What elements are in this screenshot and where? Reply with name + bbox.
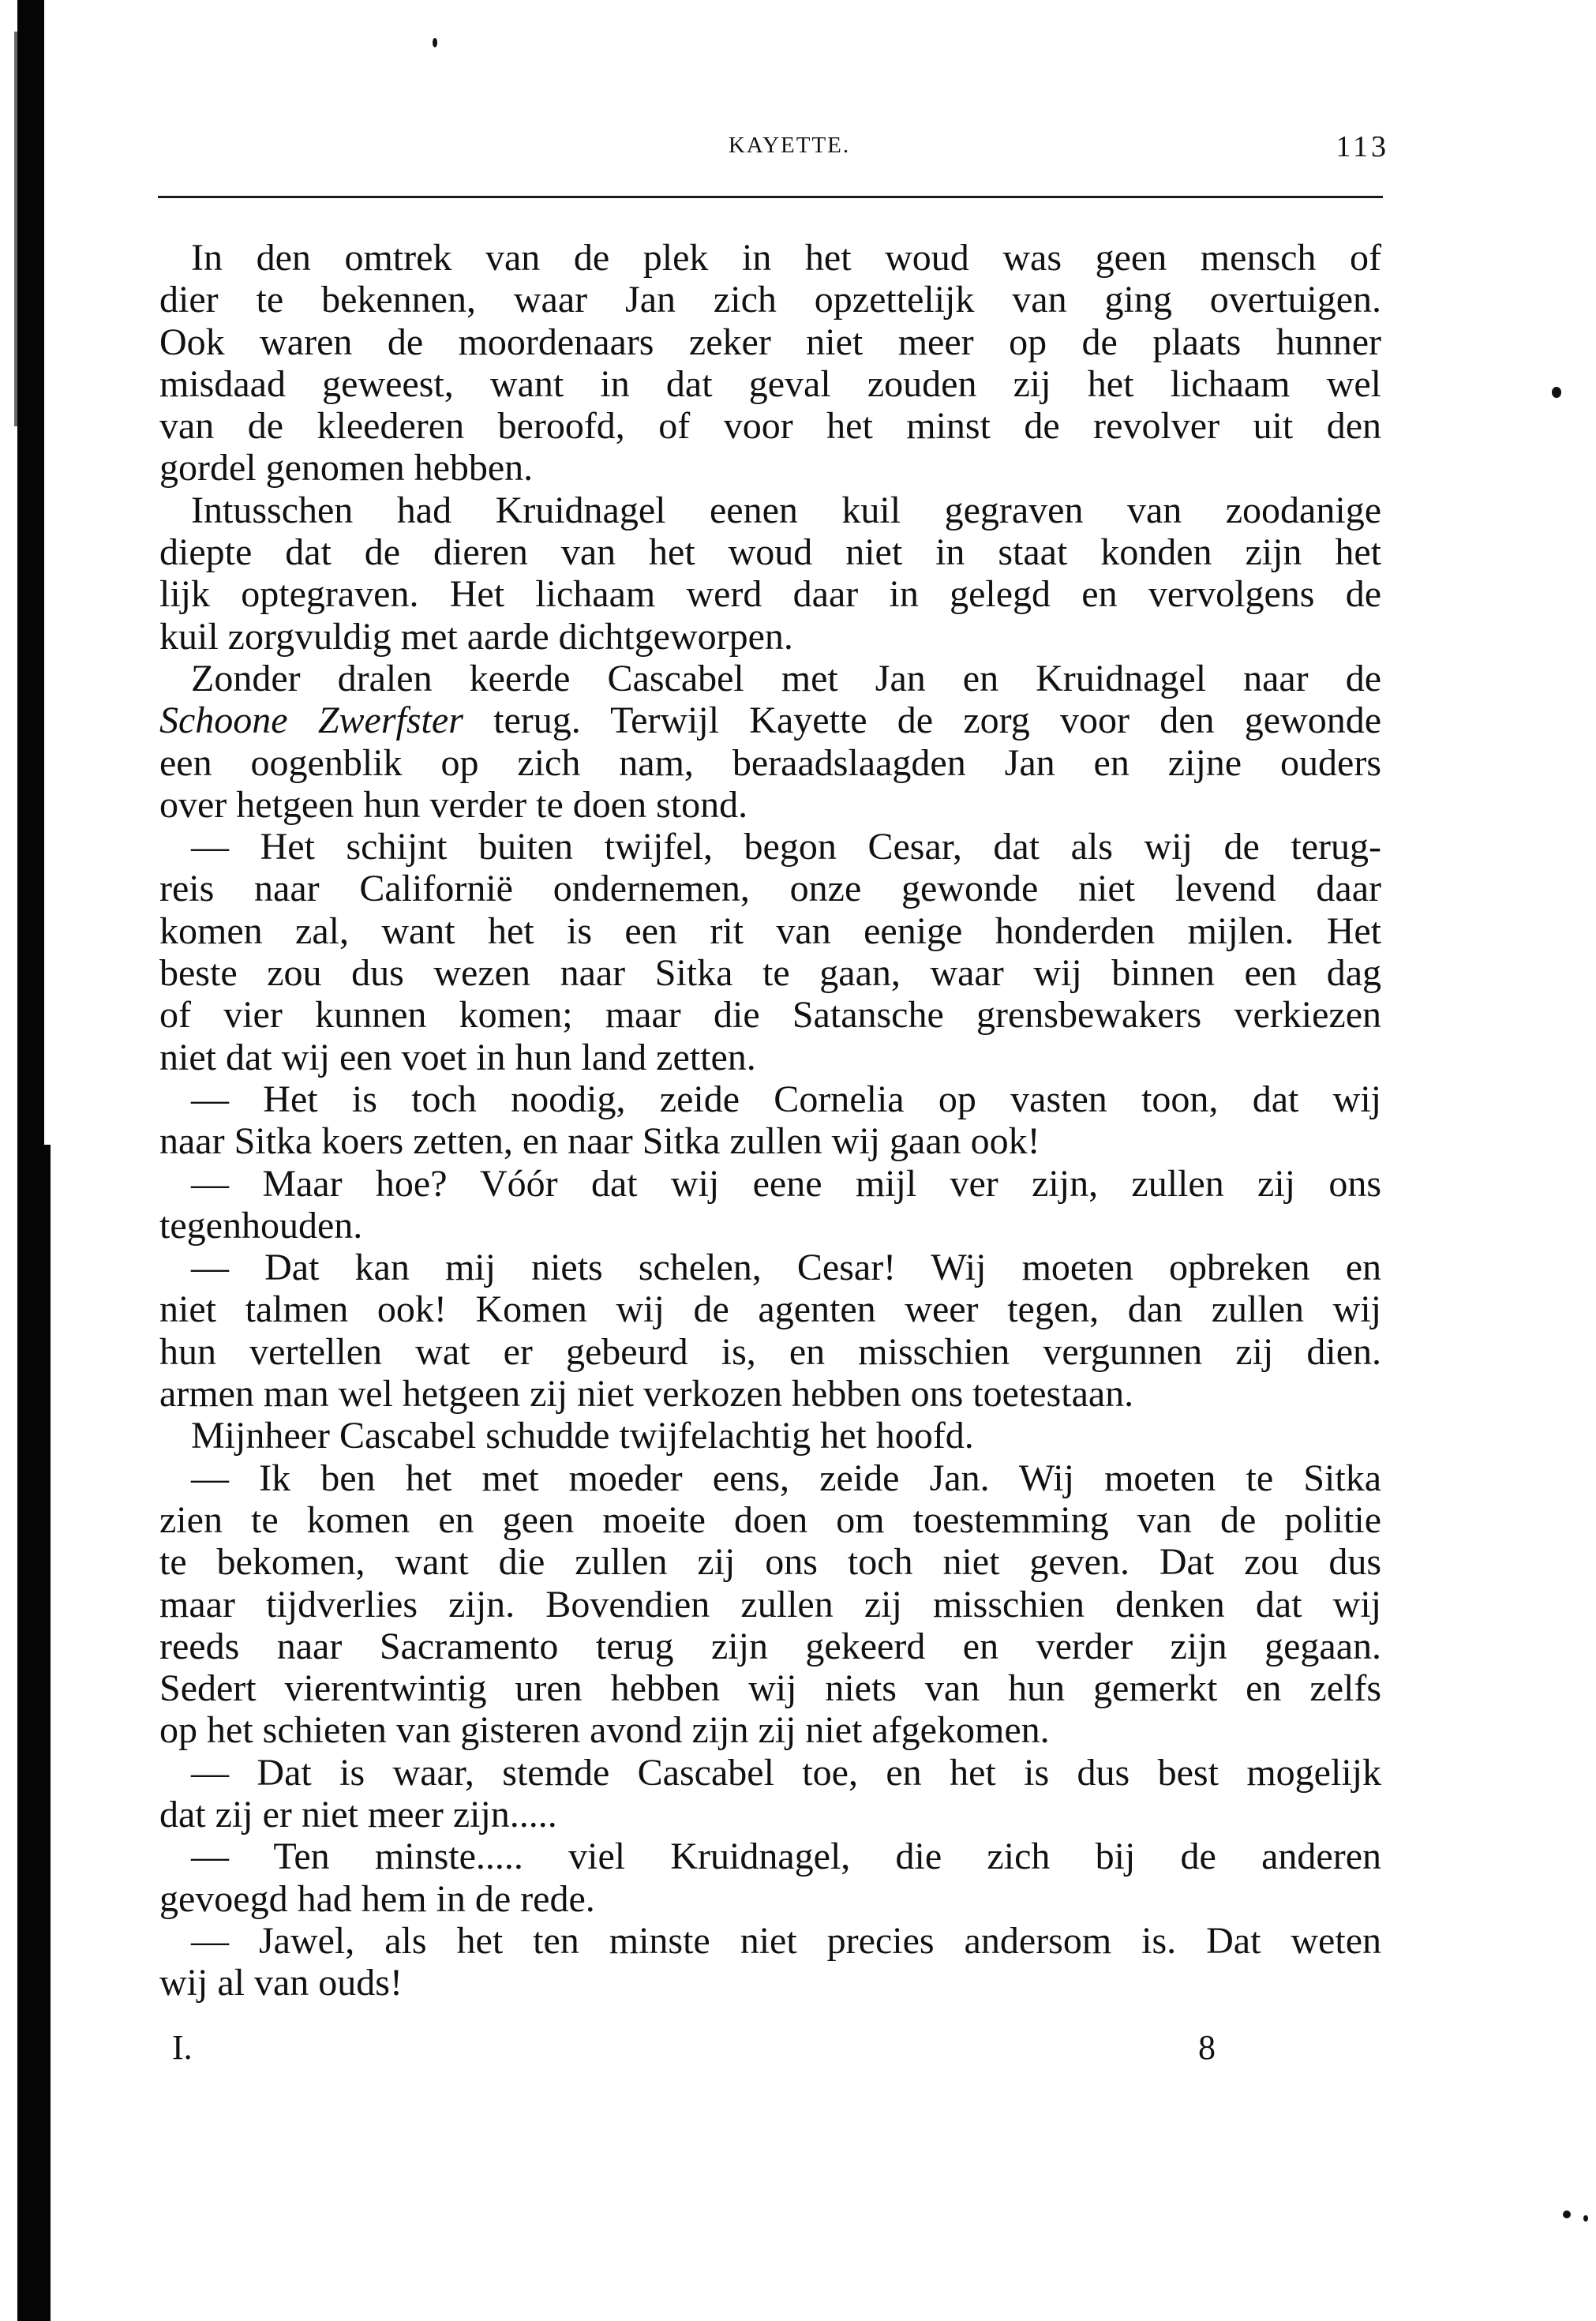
text-line: — Ten minste..... viel Kruidnagel, die z… xyxy=(159,1835,1381,1877)
page-header: KAYETTE. 113 xyxy=(189,133,1389,180)
text-line: gevoegd had hem in de rede. xyxy=(159,1878,1381,1920)
scan-speck xyxy=(1583,2215,1588,2222)
text-line: — Het schijnt buiten twijfel, begon Cesa… xyxy=(159,826,1381,868)
text-line: Ook waren de moordenaars zeker niet meer… xyxy=(159,321,1381,363)
text-line: In den omtrek van de plek in het woud wa… xyxy=(159,237,1381,279)
paragraph: — Dat is waar, stemde Cascabel toe, en h… xyxy=(159,1752,1381,1836)
paragraph: Intusschen had Kruidnagel eenen kuil geg… xyxy=(159,489,1381,658)
page-number: 113 xyxy=(1336,129,1389,164)
paragraph: — Dat kan mij niets schelen, Cesar! Wij … xyxy=(159,1247,1381,1415)
text-line: maar tijdverlies zijn. Bovendien zullen … xyxy=(159,1584,1381,1625)
text-line: op het schieten van gisteren avond zijn … xyxy=(159,1709,1381,1751)
text-line: zien te komen en geen moeite doen om toe… xyxy=(159,1499,1381,1541)
paragraph: — Maar hoe? Vóór dat wij eene mijl ver z… xyxy=(159,1163,1381,1247)
paragraph: — Het is toch noodig, zeide Cornelia op … xyxy=(159,1078,1381,1163)
text-line: reis naar Californië ondernemen, onze ge… xyxy=(159,868,1381,909)
text-line: niet dat wij een voet in hun land zetten… xyxy=(159,1037,1381,1078)
text-line: Intusschen had Kruidnagel eenen kuil geg… xyxy=(159,489,1381,531)
text-line: te bekomen, want die zullen zij ons toch… xyxy=(159,1541,1381,1583)
text-line: een oogenblik op zich nam, beraadslaagde… xyxy=(159,742,1381,784)
text-line: — Ik ben het met moeder eens, zeide Jan.… xyxy=(159,1457,1381,1499)
paragraph: In den omtrek van de plek in het woud wa… xyxy=(159,237,1381,489)
text-line: gordel genomen hebben. xyxy=(159,447,1381,489)
text-line: — Dat is waar, stemde Cascabel toe, en h… xyxy=(159,1752,1381,1794)
text-line: — Dat kan mij niets schelen, Cesar! Wij … xyxy=(159,1247,1381,1288)
page-footer: I. 8 xyxy=(158,2027,1389,2075)
body-text: In den omtrek van de plek in het woud wa… xyxy=(159,237,1381,2004)
text-line: — Jawel, als het ten minste niet precies… xyxy=(159,1920,1381,1962)
text-line: of vier kunnen komen; maar die Satansche… xyxy=(159,994,1381,1036)
text-line: misdaad geweest, want in dat geval zoude… xyxy=(159,363,1381,405)
scan-speck xyxy=(1552,387,1561,398)
scan-speck xyxy=(1563,2210,1571,2218)
text-line: dier te bekennen, waar Jan zich opzettel… xyxy=(159,279,1381,321)
signature-sheet: 8 xyxy=(1198,2027,1216,2068)
header-rule xyxy=(158,196,1383,198)
text-line: wij al van ouds! xyxy=(159,1962,1381,2004)
signature-volume: I. xyxy=(172,2027,193,2068)
text-line: dat zij er niet meer zijn..... xyxy=(159,1794,1381,1835)
text-line: diepte dat de dieren van het woud niet i… xyxy=(159,531,1381,573)
book-binding-shadow xyxy=(0,0,51,2321)
text-line: Zonder dralen keerde Cascabel met Jan en… xyxy=(159,658,1381,699)
text-line: armen man wel hetgeen zij niet verkozen … xyxy=(159,1373,1381,1415)
text-line: lijk optegraven. Het lichaam werd daar i… xyxy=(159,573,1381,615)
text-line: over hetgeen hun verder te doen stond. xyxy=(159,784,1381,826)
text-line: komen zal, want het is een rit van eenig… xyxy=(159,910,1381,952)
text-line: naar Sitka koers zetten, en naar Sitka z… xyxy=(159,1120,1381,1162)
running-title: KAYETTE. xyxy=(189,133,1389,159)
text-line: hun vertellen wat er gebeurd is, en miss… xyxy=(159,1331,1381,1373)
paragraph: Mijnheer Cascabel schudde twijfelachtig … xyxy=(159,1415,1381,1457)
text-line: van de kleederen beroofd, of voor het mi… xyxy=(159,405,1381,447)
paragraph: — Ten minste..... viel Kruidnagel, die z… xyxy=(159,1835,1381,1920)
paragraph: — Jawel, als het ten minste niet precies… xyxy=(159,1920,1381,2004)
paragraph: Zonder dralen keerde Cascabel met Jan en… xyxy=(159,658,1381,826)
text-line: reeds naar Sacramento terug zijn gekeerd… xyxy=(159,1625,1381,1667)
paragraph: — Het schijnt buiten twijfel, begon Cesa… xyxy=(159,826,1381,1078)
text-line: niet talmen ook! Komen wij de agenten we… xyxy=(159,1288,1381,1330)
paragraph: — Ik ben het met moeder eens, zeide Jan.… xyxy=(159,1457,1381,1752)
text-line: — Maar hoe? Vóór dat wij eene mijl ver z… xyxy=(159,1163,1381,1205)
scan-speck xyxy=(433,38,437,47)
text-line: Sedert vierentwintig uren hebben wij nie… xyxy=(159,1667,1381,1709)
text-line: Mijnheer Cascabel schudde twijfelachtig … xyxy=(159,1415,1381,1457)
text-line: tegenhouden. xyxy=(159,1205,1381,1247)
text-line: Schoone Zwerfster terug. Terwijl Kayette… xyxy=(159,699,1381,741)
text-line: beste zou dus wezen naar Sitka te gaan, … xyxy=(159,952,1381,994)
text-line: kuil zorgvuldig met aarde dichtgeworpen. xyxy=(159,616,1381,658)
text-line: — Het is toch noodig, zeide Cornelia op … xyxy=(159,1078,1381,1120)
